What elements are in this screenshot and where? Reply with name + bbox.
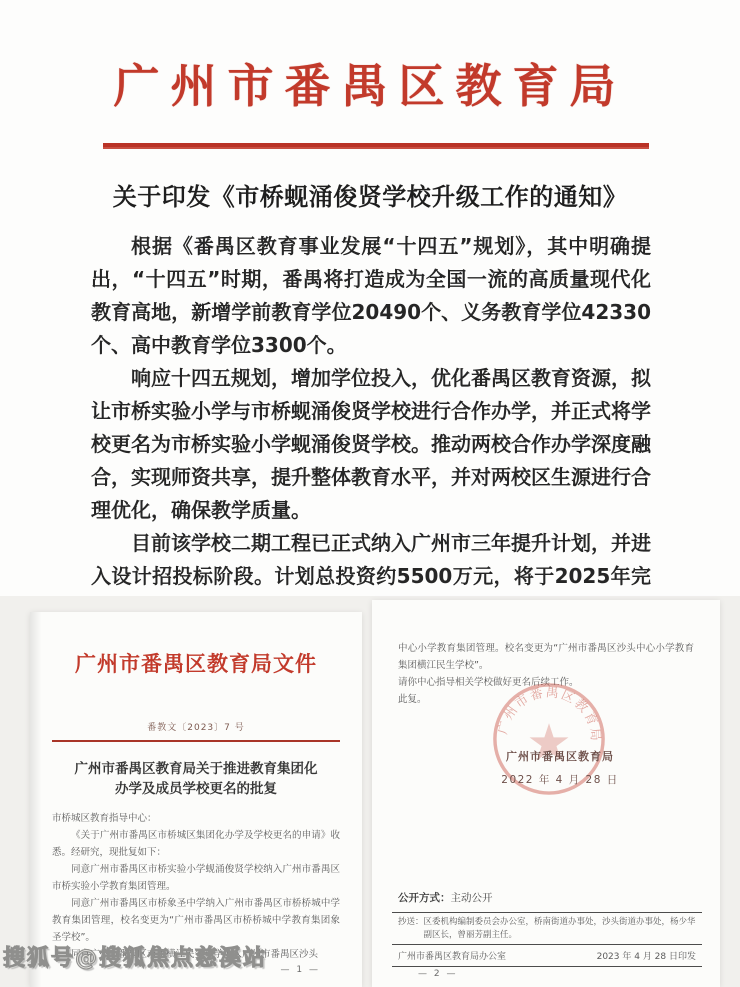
page-number-2: — 2 — [418,969,457,979]
notice-document: 广州市番禺区教育局 关于印发《市桥蚬涌俊贤学校升级工作的通知》 根据《番禺区教育… [0,0,740,596]
print-date: 2023 年 4 月 28 日印发 [597,949,696,962]
agency-header: 广州市番禺区教育局 [0,50,740,116]
salutation: 市桥城区教育指导中心： [52,810,340,827]
issuer-office: 广州市番禺区教育局办公室 [398,949,506,962]
file-divider [52,740,340,742]
document-screenshot: 广州市番禺区教育局 关于印发《市桥蚬涌俊贤学校升级工作的通知》 根据《番禺区教育… [0,0,740,987]
document-number: 番教文〔2023〕7 号 [30,720,362,733]
approval-title-line2: 办学及成员学校更名的批复 [115,781,277,797]
cc-table: 抄送： 区委机构编制委员会办公室，桥南街道办事处，沙头街道办事处，杨少华副区长，… [392,912,702,967]
disclosure-line: 公开方式：主动公开 [398,890,493,905]
approval-title: 广州市番禺区教育局关于推进教育集团化 办学及成员学校更名的批复 [30,759,362,799]
cc-text: 区委机构编制委员会办公室，桥南街道办事处，沙头街道办事处，杨少华副区长，曾丽芳副… [424,916,696,942]
approval-paragraph: 同意广州市番禺区市桥实验小学蚬涌俊贤学校纳入广州市番禺区市桥实验小学教育集团管理… [52,861,340,895]
page-number-1: — 1 — [281,965,320,975]
approval-paragraph: 同意广州市番禺区市桥象圣中学纳入广州市番禺区市桥桥城中学教育集团管理，校名变更为… [52,895,340,946]
watermark: 搜狐号@搜狐焦点慈溪站 [3,941,267,972]
notice-paragraph: 根据《番禺区教育事业发展“十四五”规划》，其中明确提出，“十四五”时期，番禺将打… [91,230,651,362]
attachment-scans: 广州市番禺区教育局文件 番教文〔2023〕7 号 广州市番禺区教育局关于推进教育… [0,596,740,987]
disclosure-label: 公开方式： [398,892,451,904]
signature-date: 2022 年 4 月 28 日 [462,772,658,787]
issue-row: 广州市番禺区教育局办公室 2023 年 4 月 28 日印发 [392,945,702,966]
approval-title-line1: 广州市番禺区教育局关于推进教育集团化 [75,761,318,777]
cc-row: 抄送： 区委机构编制委员会办公室，桥南街道办事处，沙头街道办事处，杨少华副区长，… [392,913,702,945]
header-divider [103,143,649,149]
file-header: 广州市番禺区教育局文件 [30,648,362,678]
approval-paragraph: 中心小学教育集团管理。校名变更为“广州市番禺区沙头中心小学教育集团横江民生学校”… [398,640,694,674]
scan-page-1: 广州市番禺区教育局文件 番教文〔2023〕7 号 广州市番禺区教育局关于推进教育… [30,612,362,987]
disclosure-value: 主动公开 [451,892,493,904]
notice-paragraph: 响应十四五规划，增加学位投入，优化番禺区教育资源，拟让市桥实验小学与市桥蚬涌俊贤… [91,362,651,527]
notice-body: 根据《番禺区教育事业发展“十四五”规划》，其中明确提出，“十四五”时期，番禺将打… [91,230,651,659]
approval-paragraph: 《关于广州市番禺区市桥城区集团化办学及学校更名的申请》收悉。经研究，现批复如下： [52,827,340,861]
notice-title: 关于印发《市桥蚬涌俊贤学校升级工作的通知》 [0,177,740,212]
scan-page-2: 中心小学教育集团管理。校名变更为“广州市番禺区沙头中心小学教育集团横江民生学校”… [372,600,720,987]
cc-label: 抄送： [398,916,424,942]
signature-agency: 广州市番禺区教育局 [462,748,658,764]
